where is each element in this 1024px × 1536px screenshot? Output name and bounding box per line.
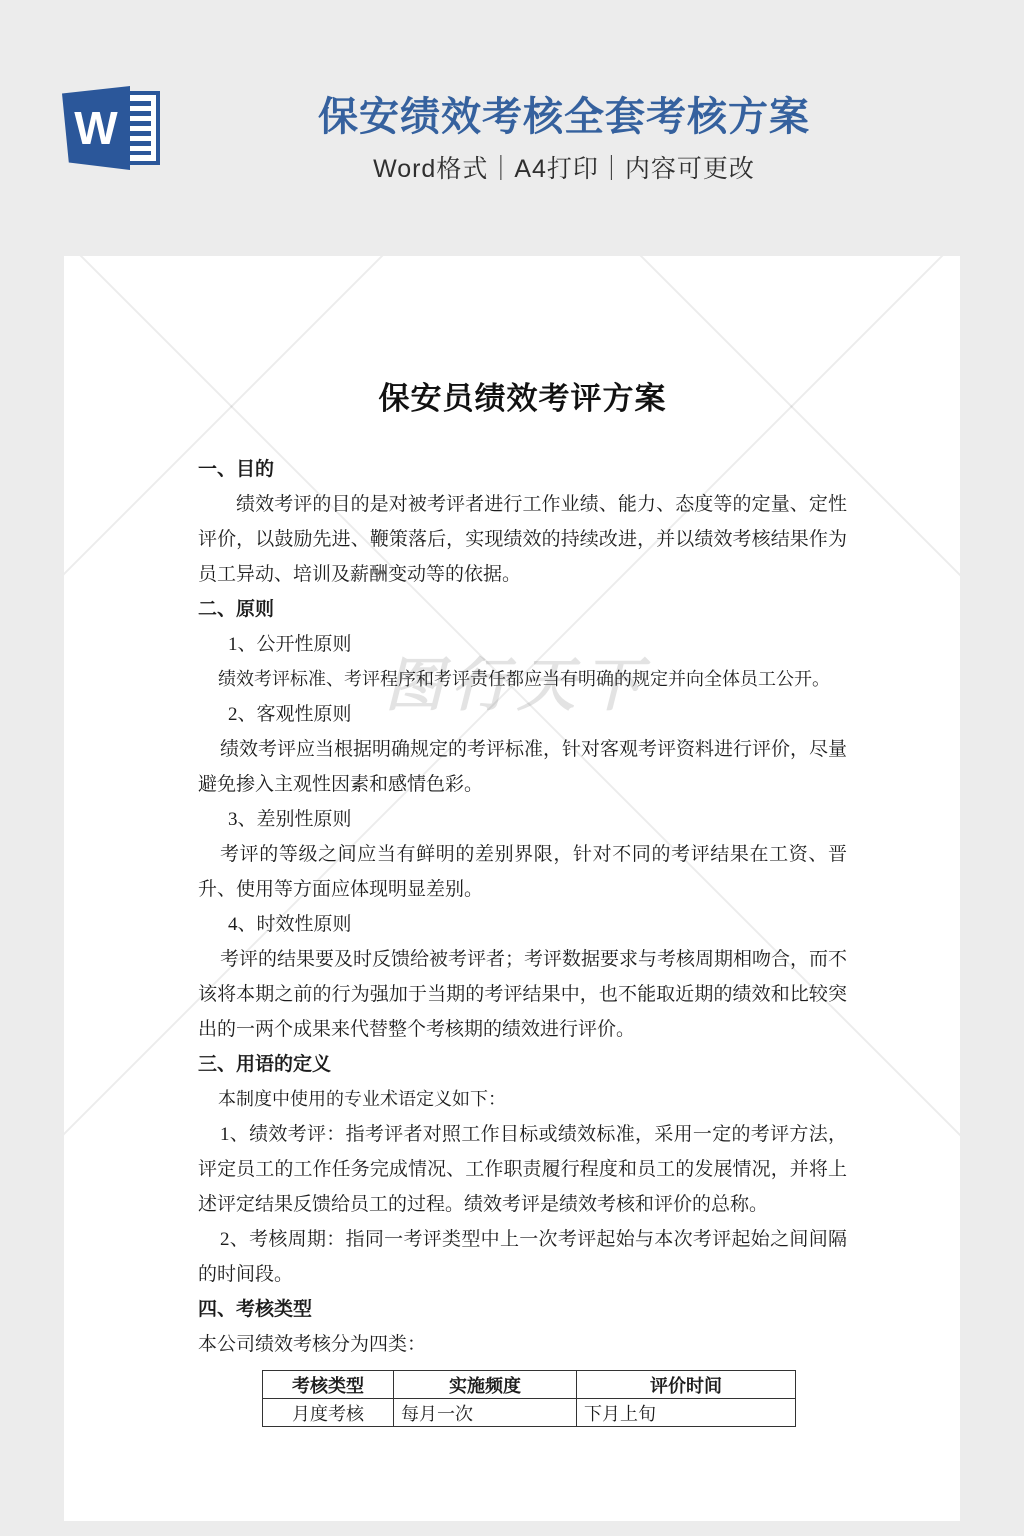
principle-text-1: 绩效考评标准、考评程序和考评责任都应当有明确的规定并向全体员工公开。 (198, 662, 847, 697)
paragraph-purpose: 绩效考评的目的是对被考评者进行工作业绩、能力、态度等的定量、定性评价，以鼓励先进… (198, 487, 847, 592)
section-heading-definitions: 三、用语的定义 (198, 1047, 847, 1082)
principle-item-4: 4、时效性原则 (198, 907, 847, 942)
table-header-cell: 实施频度 (394, 1371, 577, 1399)
principle-item-2: 2、客观性原则 (198, 697, 847, 732)
document-title: 保安员绩效考评方案 (198, 376, 847, 422)
table-row: 月度考核 每月一次 下月上旬 (263, 1399, 796, 1427)
banner-subtitle: Word格式｜A4打印｜内容可更改 (104, 154, 1024, 184)
principle-item-3: 3、差别性原则 (198, 802, 847, 837)
types-intro: 本公司绩效考核分为四类： (198, 1327, 847, 1362)
definition-1: 1、绩效考评：指考评者对照工作目标或绩效标准，采用一定的考评方法，评定员工的工作… (198, 1117, 847, 1222)
section-heading-types: 四、考核类型 (198, 1292, 847, 1327)
banner-title: 保安绩效考核全套考核方案 (104, 94, 1024, 140)
section-heading-principles: 二、原则 (198, 592, 847, 627)
table-cell: 每月一次 (394, 1399, 577, 1427)
table-header-row: 考核类型 实施频度 评价时间 (263, 1371, 796, 1399)
principle-text-2: 绩效考评应当根据明确规定的考评标准，针对客观考评资料进行评价，尽量避免掺入主观性… (198, 732, 847, 802)
principle-text-3: 考评的等级之间应当有鲜明的差别界限，针对不同的考评结果在工资、晋升、使用等方面应… (198, 837, 847, 907)
table-cell: 下月上旬 (577, 1399, 796, 1427)
definitions-lead: 本制度中使用的专业术语定义如下： (198, 1082, 847, 1117)
principle-item-1: 1、公开性原则 (198, 627, 847, 662)
document-content: 保安员绩效考评方案 一、目的 绩效考评的目的是对被考评者进行工作业绩、能力、态度… (64, 256, 960, 1427)
table-cell: 月度考核 (263, 1399, 394, 1427)
section-heading-purpose: 一、目的 (198, 452, 847, 487)
assessment-type-table: 考核类型 实施频度 评价时间 月度考核 每月一次 下月上旬 (262, 1370, 796, 1427)
table-header-cell: 考核类型 (263, 1371, 394, 1399)
table-header-cell: 评价时间 (577, 1371, 796, 1399)
banner-text: 保安绩效考核全套考核方案 Word格式｜A4打印｜内容可更改 (104, 0, 1024, 184)
banner: W 保安绩效考核全套考核方案 Word格式｜A4打印｜内容可更改 (0, 0, 1024, 256)
document-page: 图行天下 保安员绩效考评方案 一、目的 绩效考评的目的是对被考评者进行工作业绩、… (64, 256, 960, 1521)
definition-2: 2、考核周期：指同一考评类型中上一次考评起始与本次考评起始之间间隔的时间段。 (198, 1222, 847, 1292)
principle-text-4: 考评的结果要及时反馈给被考评者；考评数据要求与考核周期相吻合，而不该将本期之前的… (198, 942, 847, 1047)
